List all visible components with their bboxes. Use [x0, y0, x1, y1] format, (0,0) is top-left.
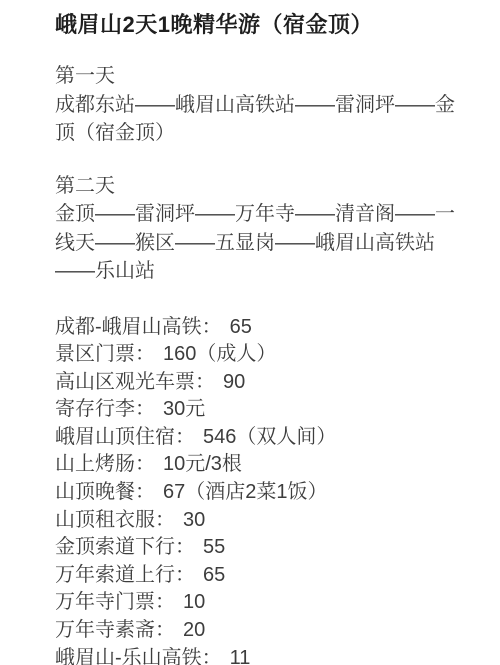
- price-row-wannian-cable-up: 万年索道上行：65: [55, 562, 460, 590]
- travel-note-page: 峨眉山2天1晚精华游（宿金顶） 第一天 成都东站——峨眉山高铁站——雷洞坪——金…: [0, 0, 500, 665]
- price-row-summit-hotel: 峨眉山顶住宿：546（双人间）: [55, 424, 460, 452]
- price-row-grilled-sausage: 山上烤肠：10元/3根: [55, 451, 460, 479]
- price-label: 金顶索道下行: [55, 536, 175, 558]
- price-value: 65: [203, 564, 225, 586]
- day2-heading: 第二天: [55, 172, 460, 201]
- price-value: 546（双人间）: [203, 426, 336, 448]
- price-separator: ：: [175, 426, 195, 448]
- price-separator: ：: [135, 343, 155, 365]
- price-separator: ：: [175, 536, 195, 558]
- day1-section: 第一天 成都东站——峨眉山高铁站——雷洞坪——金顶（宿金顶）: [55, 62, 460, 148]
- day1-route: 成都东站——峨眉山高铁站——雷洞坪——金顶（宿金顶）: [55, 91, 460, 148]
- price-row-luggage-storage: 寄存行李：30元: [55, 396, 460, 424]
- price-label: 山顶租衣服: [55, 509, 155, 531]
- page-title: 峨眉山2天1晚精华游（宿金顶）: [55, 8, 460, 42]
- price-label: 万年寺门票: [55, 591, 155, 613]
- price-value: 11: [230, 647, 251, 665]
- price-label: 万年寺素斋: [55, 619, 155, 641]
- price-value: 20: [183, 619, 205, 641]
- price-row-train-chengdu-emei: 成都-峨眉山高铁：65: [55, 314, 460, 342]
- price-row-wannian-vegetarian-meal: 万年寺素斋：20: [55, 617, 460, 645]
- day2-section: 第二天 金顶——雷洞坪——万年寺——清音阁——一线天——猴区——五显岗——峨眉山…: [55, 172, 460, 286]
- price-row-summit-dinner: 山顶晚餐：67（酒店2菜1饭）: [55, 479, 460, 507]
- price-separator: ：: [135, 481, 155, 503]
- price-label: 山顶晚餐: [55, 481, 135, 503]
- price-row-train-emei-leshan: 峨眉山-乐山高铁：11: [55, 645, 460, 665]
- price-row-jinding-cable-down: 金顶索道下行：55: [55, 534, 460, 562]
- price-value: 30元: [163, 398, 205, 420]
- price-value: 90: [223, 371, 245, 393]
- price-row-sightseeing-bus: 高山区观光车票：90: [55, 369, 460, 397]
- price-separator: ：: [175, 564, 195, 586]
- price-row-coat-rental: 山顶租衣服：30: [55, 507, 460, 535]
- price-value: 65: [230, 316, 252, 338]
- price-row-entrance-ticket: 景区门票：160（成人）: [55, 341, 460, 369]
- price-separator: ：: [202, 316, 222, 338]
- price-value: 10元/3根: [163, 453, 242, 475]
- price-separator: ：: [155, 619, 175, 641]
- price-label: 峨眉山顶住宿: [55, 426, 175, 448]
- price-label: 成都-峨眉山高铁: [55, 316, 202, 338]
- price-label: 寄存行李: [55, 398, 135, 420]
- price-label: 高山区观光车票: [55, 371, 195, 393]
- price-list: 成都-峨眉山高铁：65 景区门票：160（成人） 高山区观光车票：90 寄存行李…: [55, 314, 460, 665]
- price-value: 30: [183, 509, 205, 531]
- price-row-wannian-temple-ticket: 万年寺门票：10: [55, 589, 460, 617]
- price-separator: ：: [195, 371, 215, 393]
- price-separator: ：: [155, 591, 175, 613]
- price-value: 160（成人）: [163, 343, 276, 365]
- price-label: 峨眉山-乐山高铁: [55, 647, 202, 665]
- price-value: 10: [183, 591, 205, 613]
- price-separator: ：: [202, 647, 222, 665]
- price-label: 万年索道上行: [55, 564, 175, 586]
- price-value: 67（酒店2菜1饭）: [163, 481, 328, 503]
- price-value: 55: [203, 536, 225, 558]
- price-separator: ：: [135, 453, 155, 475]
- price-label: 景区门票: [55, 343, 135, 365]
- day1-heading: 第一天: [55, 62, 460, 91]
- price-separator: ：: [155, 509, 175, 531]
- day2-route: 金顶——雷洞坪——万年寺——清音阁——一线天——猴区——五显岗——峨眉山高铁站—…: [55, 200, 460, 286]
- price-label: 山上烤肠: [55, 453, 135, 475]
- price-separator: ：: [135, 398, 155, 420]
